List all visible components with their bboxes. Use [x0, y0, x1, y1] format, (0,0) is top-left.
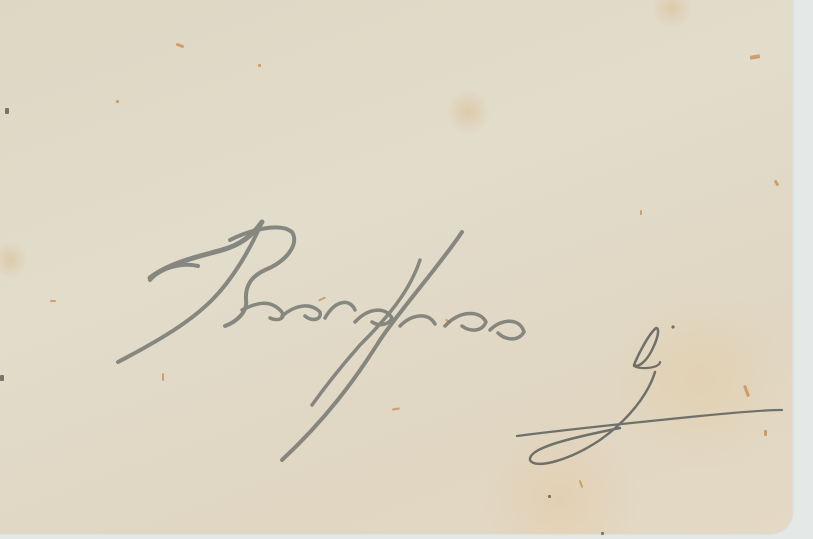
pencil-signature	[0, 0, 813, 539]
